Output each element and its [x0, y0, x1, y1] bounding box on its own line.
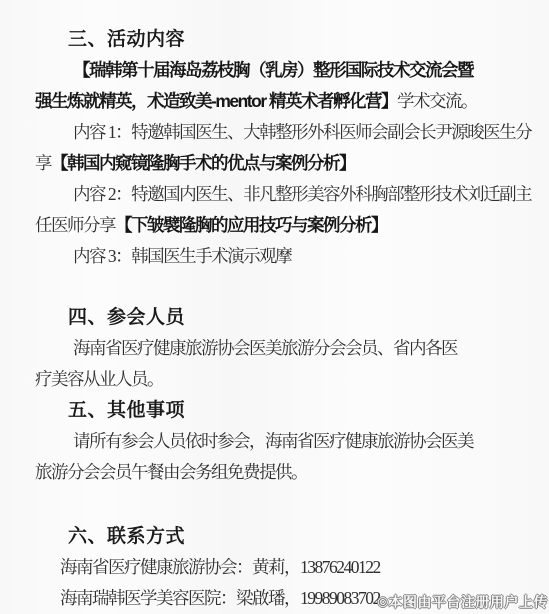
- watermark: ©本图由平台注册用户上传: [378, 592, 548, 612]
- body-text: 疗美容从业人员。: [35, 369, 163, 389]
- emphasis-text: 【韩国内窥镜隆胸手术的优点与案例分析】: [51, 153, 355, 173]
- doc-line: 疗美容从业人员。: [35, 364, 531, 395]
- body-text: 请所有参会人员依时参会，海南省医疗健康旅游协会医美: [73, 431, 473, 451]
- section-heading: 五、其他事项: [35, 395, 531, 426]
- document-body: 三、活动内容【瑞韩第十届海岛荔枝胸（乳房）整形国际技术交流会暨强生炼就精英，术造…: [0, 0, 549, 614]
- section-participants: 四、参会人员海南省医疗健康旅游协会医美旅游分会会员、省内各医疗美容从业人员。: [35, 302, 531, 395]
- body-text: 内容 3：韩国医生手术演示观摩: [73, 246, 291, 266]
- doc-line: 强生炼就精英，术造致美-mentor 精英术者孵化营】学术交流。: [35, 86, 531, 117]
- body-text: 海南瑞韩医学美容医院：梁啟璠，19989083702: [60, 588, 380, 608]
- document-page: 三、活动内容【瑞韩第十届海岛荔枝胸（乳房）整形国际技术交流会暨强生炼就精英，术造…: [0, 0, 549, 614]
- emphasis-text: 【下皱襞隆胸的应用技巧与案例分析】: [115, 215, 387, 235]
- body-text: 旅游分会会员午餐由会务组免费提供。: [35, 462, 307, 482]
- section-activity-content: 三、活动内容【瑞韩第十届海岛荔枝胸（乳房）整形国际技术交流会暨强生炼就精英，术造…: [35, 24, 531, 272]
- body-text: 学术交流。: [397, 91, 477, 111]
- body-text: 海南省医疗健康旅游协会医美旅游分会会员、省内各医: [73, 338, 457, 358]
- section-heading: 三、活动内容: [35, 24, 531, 55]
- doc-line: 【瑞韩第十届海岛荔枝胸（乳房）整形国际技术交流会暨: [35, 55, 531, 86]
- doc-line: 享【韩国内窥镜隆胸手术的优点与案例分析】: [35, 148, 531, 179]
- doc-line: 请所有参会人员依时参会，海南省医疗健康旅游协会医美: [35, 426, 531, 457]
- doc-line: 内容 2：特邀国内医生、非凡整形美容外科胸部整形技术刘迁副主: [35, 179, 531, 210]
- emphasis-text: 强生炼就精英，术造致美-mentor 精英术者孵化营】: [35, 91, 397, 111]
- doc-line: 内容 1：特邀韩国医生、大韩整形外科医师会副会长尹源晙医生分: [35, 117, 531, 148]
- section-heading: 六、联系方式: [35, 521, 531, 552]
- section-other-matters: 五、其他事项请所有参会人员依时参会，海南省医疗健康旅游协会医美旅游分会会员午餐由…: [35, 395, 531, 488]
- doc-line: 内容 3：韩国医生手术演示观摩: [35, 241, 531, 272]
- section-heading: 四、参会人员: [35, 302, 531, 333]
- body-text: 内容 2：特邀国内医生、非凡整形美容外科胸部整形技术刘迁副主: [73, 184, 531, 204]
- body-text: 内容 1：特邀韩国医生、大韩整形外科医师会副会长尹源晙医生分: [73, 122, 531, 142]
- doc-line: 旅游分会会员午餐由会务组免费提供。: [35, 457, 531, 488]
- doc-line: 海南省医疗健康旅游协会医美旅游分会会员、省内各医: [35, 333, 531, 364]
- doc-line: 海南省医疗健康旅游协会：黄莉，13876240122: [35, 552, 531, 583]
- body-text: 享: [35, 153, 51, 173]
- emphasis-text: 【瑞韩第十届海岛荔枝胸（乳房）整形国际技术交流会暨: [73, 60, 473, 80]
- body-text: 任医师分享: [35, 215, 115, 235]
- doc-line: 任医师分享【下皱襞隆胸的应用技巧与案例分析】: [35, 210, 531, 241]
- body-text: 海南省医疗健康旅游协会：黄莉，13876240122: [60, 557, 380, 577]
